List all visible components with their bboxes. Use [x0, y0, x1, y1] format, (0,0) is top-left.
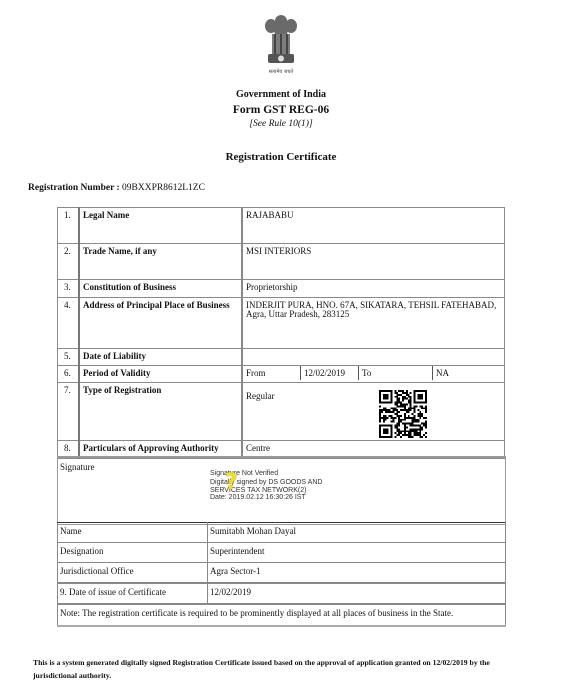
certificate-title: Registration Certificate — [0, 151, 562, 163]
table-row: 4. Address of Principal Place of Busines… — [58, 298, 505, 349]
signature-section: Signature Signature Not Verified Digital… — [57, 456, 506, 525]
signature-label: Signature — [60, 462, 95, 472]
registration-details-table: 1. Legal Name RAJABABU 2. Trade Name, if… — [57, 207, 505, 459]
officer-details-table: Name Sumitabh Mohan Dayal Designation Su… — [57, 522, 506, 627]
from-label: From — [243, 366, 301, 380]
period-of-validity-label: Period of Validity — [79, 366, 242, 383]
row-number: 6. — [58, 366, 80, 383]
table-row: 7. Type of Registration Regular — [58, 383, 505, 441]
table-row: 9. Date of issue of Certificate 12/02/20… — [58, 583, 506, 604]
footer-disclaimer: This is a system generated digitally sig… — [33, 656, 533, 682]
constitution-label: Constitution of Business — [79, 280, 242, 298]
date-of-liability-value — [242, 349, 505, 366]
to-label: To — [359, 366, 433, 380]
registration-type-cell: Regular — [242, 383, 505, 441]
table-row: Jurisdictional Office Agra Sector-1 — [58, 563, 506, 584]
registration-number-value: 09BXXPR8612L1ZC — [122, 183, 205, 193]
row-number: 2. — [58, 244, 80, 280]
address-value: INDERJIT PURA, HNO. 67A, SIKATARA, TEHSI… — [242, 298, 505, 349]
table-row: Note: The registration certificate is re… — [58, 604, 506, 626]
row-number: 1. — [58, 208, 80, 244]
display-note: Note: The registration certificate is re… — [58, 604, 506, 626]
government-heading: Government of India — [0, 89, 562, 100]
row-number: 5. — [58, 349, 80, 366]
table-row: 2. Trade Name, if any MSI INTERIORS — [58, 244, 505, 280]
legal-name-label: Legal Name — [79, 208, 242, 244]
svg-text:सत्यमेव जयते: सत्यमेव जयते — [269, 68, 294, 75]
signature-line-3: Date: 2019.02.12 16:30:26 IST — [210, 494, 322, 501]
table-row: 3. Constitution of Business Proprietorsh… — [58, 280, 505, 298]
issue-date-label: 9. Date of issue of Certificate — [58, 583, 208, 604]
table-row: 1. Legal Name RAJABABU — [58, 208, 505, 244]
trade-name-label: Trade Name, if any — [79, 244, 242, 280]
designation-label: Designation — [58, 543, 208, 563]
national-emblem-icon: सत्यमेव जयते — [258, 12, 304, 76]
date-of-liability-label: Date of Liability — [79, 349, 242, 366]
qr-code-icon — [379, 390, 427, 438]
to-date: NA — [433, 366, 499, 380]
constitution-value: Proprietorship — [242, 280, 505, 298]
form-title: Form GST REG-06 — [0, 104, 562, 116]
legal-name-value: RAJABABU — [242, 208, 505, 244]
table-row: Name Sumitabh Mohan Dayal — [58, 523, 506, 543]
jurisdictional-office-label: Jurisdictional Office — [58, 563, 208, 584]
trade-name-value: MSI INTERIORS — [242, 244, 505, 280]
row-number: 7. — [58, 383, 80, 441]
registration-number: Registration Number : 09BXXPR8612L1ZC — [28, 183, 205, 193]
jurisdictional-office-value: Agra Sector-1 — [208, 563, 506, 584]
address-label: Address of Principal Place of Business — [79, 298, 242, 349]
row-number: 4. — [58, 298, 80, 349]
officer-name-label: Name — [58, 523, 208, 543]
row-number: 3. — [58, 280, 80, 298]
officer-name-value: Sumitabh Mohan Dayal — [208, 523, 506, 543]
registration-type-value: Regular — [246, 386, 501, 401]
from-date: 12/02/2019 — [301, 366, 359, 380]
signature-unverified-icon: ? — [225, 470, 238, 495]
issue-date-value: 12/02/2019 — [208, 583, 506, 604]
table-row: 6. Period of Validity From 12/02/2019 To… — [58, 366, 505, 383]
period-of-validity-value: From 12/02/2019 To NA — [242, 366, 505, 383]
table-row: Designation Superintendent — [58, 543, 506, 563]
table-row: 5. Date of Liability — [58, 349, 505, 366]
rule-reference: [See Rule 10(1)] — [0, 119, 562, 129]
registration-number-label: Registration Number : — [28, 183, 120, 193]
registration-type-label: Type of Registration — [79, 383, 242, 441]
designation-value: Superintendent — [208, 543, 506, 563]
